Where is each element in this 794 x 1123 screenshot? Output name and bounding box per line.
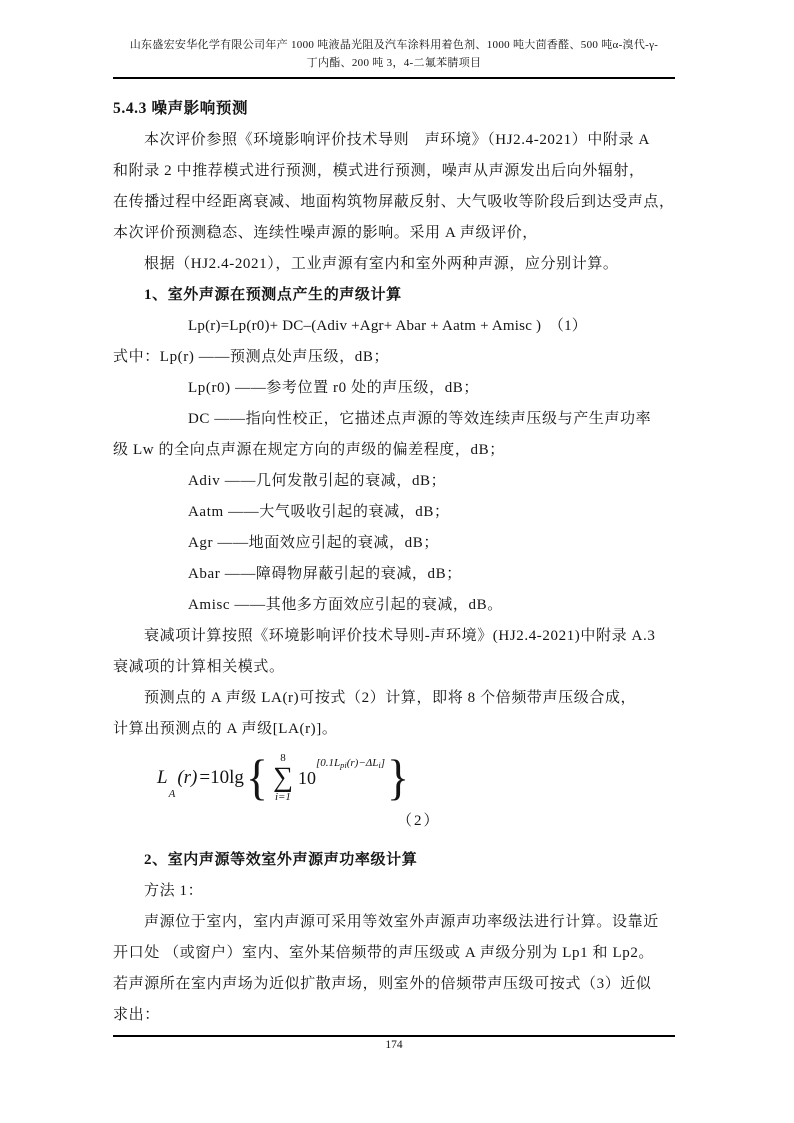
formula-2-expression: L A (r) =10lg { 8 ∑ i=1 10 [0.1Lpi(r)−ΔL… (157, 753, 675, 803)
definition-line: DC ——指向性校正，它描述点声源的等效连续声压级与产生声功率 (113, 404, 675, 435)
paragraph-line: 衰减项计算按照《环境影响评价技术导则-声环境》(HJ2.4-2021)中附录 A… (113, 621, 675, 652)
formula-lhs-symbol: L (157, 767, 168, 789)
formula-base-10: 10 (298, 768, 316, 789)
definition-line: Aatm ——大气吸收引起的衰减，dB； (113, 497, 675, 528)
definition-line: Agr ——地面效应引起的衰减，dB； (113, 528, 675, 559)
definition-line: Adiv ——几何发散引起的衰减，dB； (113, 466, 675, 497)
header-title-line-1: 山东盛宏安华化学有限公司年产 1000 吨液晶光阻及汽车涂料用着色剂、1000 … (113, 36, 675, 54)
formula-equals-10lg: =10lg (199, 767, 244, 789)
left-brace: { (246, 753, 268, 803)
header-rule (113, 77, 675, 79)
document-body: 5.4.3 噪声影响预测 本次评价参照《环境影响评价技术导则 声环境》（HJ2.… (113, 92, 675, 1031)
paragraph-line: 在传播过程中经距离衰减、地面构筑物屏蔽反射、大气吸收等阶段后到达受声点， (113, 187, 675, 218)
definition-line: Lp(r0) ——参考位置 r0 处的声压级，dB； (113, 373, 675, 404)
section-heading: 5.4.3 噪声影响预测 (113, 92, 675, 125)
page-number: 174 (113, 1037, 675, 1053)
paragraph-line: 声源位于室内，室内声源可采用等效室外声源声功率级法进行计算。设靠近 (113, 907, 675, 938)
paragraph-line: 衰减项的计算相关模式。 (113, 652, 675, 683)
definition-line: 级 Lw 的全向点声源在规定方向的声级的偏差程度，dB； (113, 435, 675, 466)
formula-2-label: （2） (397, 809, 675, 830)
exponent-mid: (r)−ΔL (347, 757, 379, 769)
paragraph-line: 开口处 （或窗户）室内、室外某倍频带的声压级或 A 声级分别为 Lp1 和 Lp… (113, 938, 675, 969)
exponent-subscript-pi: pi (340, 760, 347, 770)
paragraph-line: 预测点的 A 声级 LA(r)可按式（2）计算，即将 8 个倍频带声压级合成， (113, 683, 675, 714)
subheading-indoor: 2、室内声源等效室外声源声功率级计算 (113, 845, 675, 876)
formula-1: Lp(r)=Lp(r0)+ DC–(Adiv +Agr+ Abar + Aatm… (113, 311, 675, 342)
formula-lhs-argument: (r) (177, 767, 197, 789)
definition-line: Abar ——障碍物屏蔽引起的衰减，dB； (113, 559, 675, 590)
right-brace: } (387, 753, 409, 803)
page-header-title: 山东盛宏安华化学有限公司年产 1000 吨液晶光阻及汽车涂料用着色剂、1000 … (113, 36, 675, 72)
formula-terms-intro: 式中：Lp(r) ——预测点处声压级，dB； (113, 342, 675, 373)
document-page: 山东盛宏安华化学有限公司年产 1000 吨液晶光阻及汽车涂料用着色剂、1000 … (0, 0, 794, 1123)
formula-exponent: [0.1Lpi(r)−ΔLi] (316, 757, 385, 769)
paragraph-line: 若声源所在室内声场为近似扩散声场，则室外的倍频带声压级可按式（3）近似 (113, 969, 675, 1000)
sigma-symbol: ∑ (273, 765, 293, 791)
summation: 8 ∑ i=1 (273, 753, 293, 803)
paragraph-line: 本次评价参照《环境影响评价技术导则 声环境》（HJ2.4-2021）中附录 A (113, 125, 675, 156)
paragraph-line: 求出： (113, 1000, 675, 1031)
summation-lower-limit: i=1 (275, 792, 291, 803)
header-title-line-2: 丁内酯、200 吨 3，4-二氟苯腈项目 (113, 54, 675, 72)
formula-2: L A (r) =10lg { 8 ∑ i=1 10 [0.1Lpi(r)−ΔL… (113, 745, 675, 845)
paragraph-line: 根据（HJ2.4-2021），工业声源有室内和室外两种声源，应分别计算。 (113, 249, 675, 280)
definition-line: Amisc ——其他多方面效应引起的衰减，dB。 (113, 590, 675, 621)
exponent-open: [0.1L (316, 757, 340, 769)
paragraph-line: 和附录 2 中推荐模式进行预测，模式进行预测，噪声从声源发出后向外辐射， (113, 156, 675, 187)
paragraph-line: 方法 1： (113, 876, 675, 907)
paragraph-line: 本次评价预测稳态、连续性噪声源的影响。采用 A 声级评价， (113, 218, 675, 249)
subheading-outdoor: 1、室外声源在预测点产生的声级计算 (113, 280, 675, 311)
exponent-close: ] (381, 757, 385, 769)
paragraph-line: 计算出预测点的 A 声级[LA(r)]。 (113, 714, 675, 745)
formula-lhs-subscript: A (169, 788, 176, 800)
exponent-subscript-i: i (378, 760, 380, 770)
